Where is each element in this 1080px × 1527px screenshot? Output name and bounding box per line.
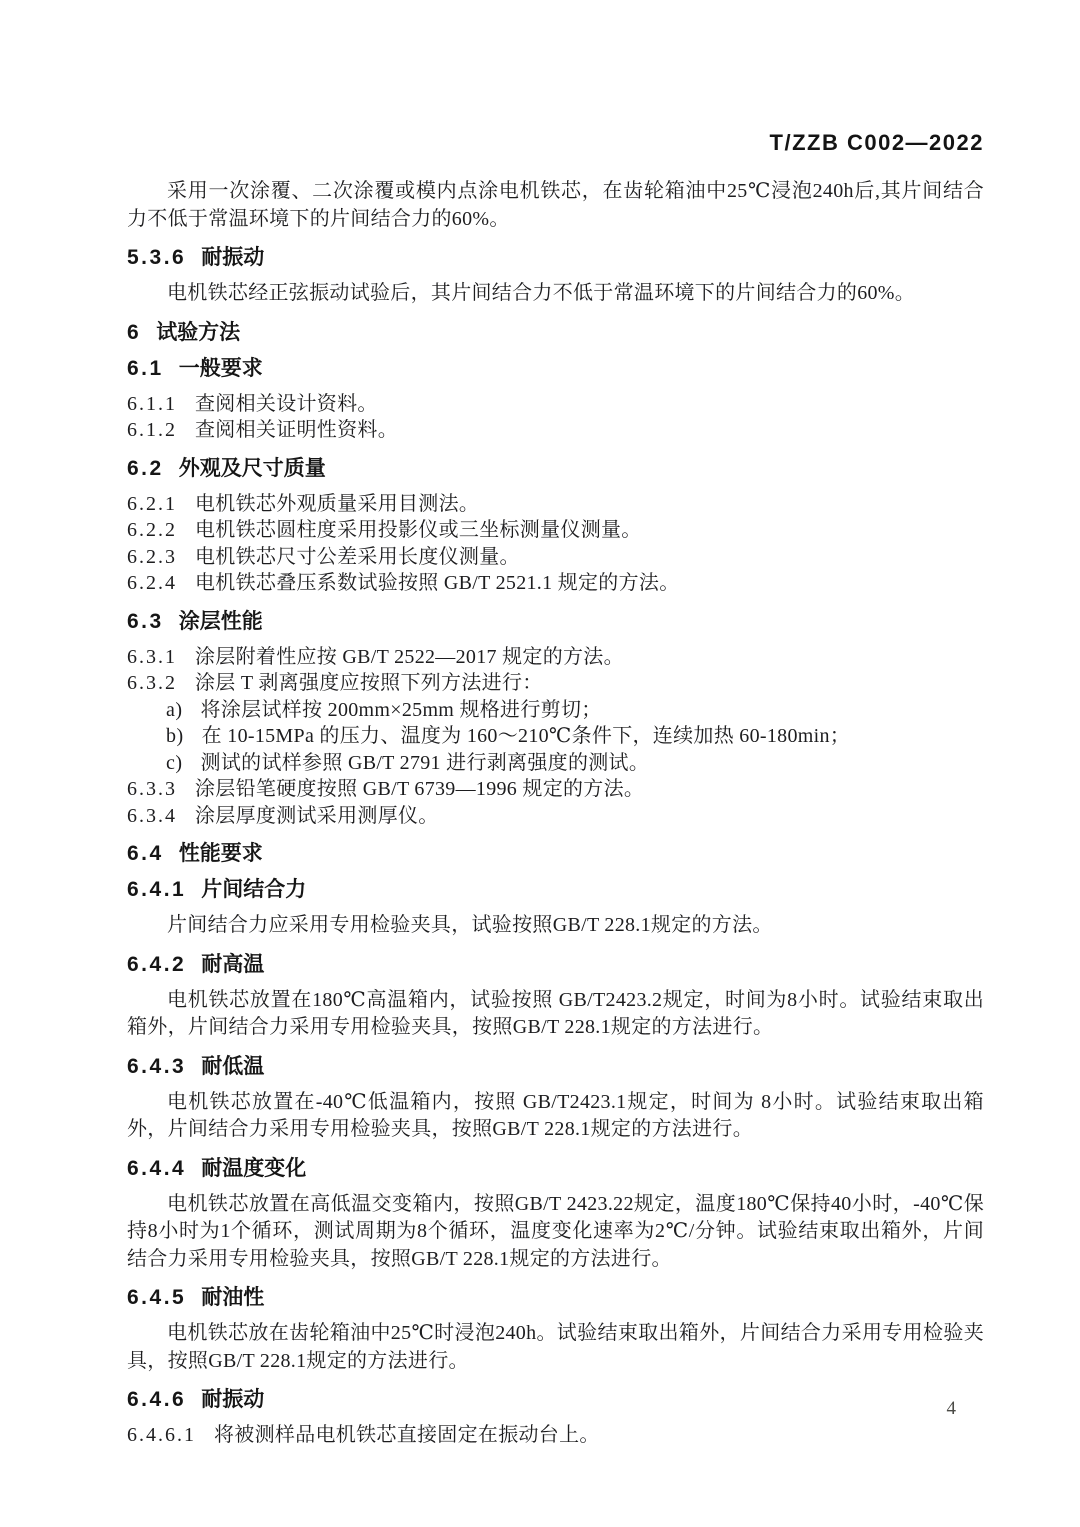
section-heading: 6.1一般要求 xyxy=(127,357,984,380)
paragraph: 片间结合力应采用专用检验夹具，试验按照GB/T 228.1规定的方法。 xyxy=(127,912,984,940)
standard-number: T/ZZB C002—2022 xyxy=(770,130,984,155)
list-item: b)在 10-15MPa 的压力、温度为 160～210℃条件下，连续加热 60… xyxy=(127,723,984,750)
clause-item: 6.2.3电机铁芯尺寸公差采用长度仪测量。 xyxy=(127,544,984,571)
section-title: 耐温度变化 xyxy=(201,1157,306,1180)
section-heading: 6.4性能要求 xyxy=(127,842,984,865)
clause-number: 6.3.4 xyxy=(127,803,177,830)
clause-item: 6.3.1涂层附着性应按 GB/T 2522—2017 规定的方法。 xyxy=(127,644,984,671)
section-number: 6.1 xyxy=(127,357,164,380)
section-title: 外观及尺寸质量 xyxy=(179,457,326,480)
clause-text: 涂层附着性应按 GB/T 2522—2017 规定的方法。 xyxy=(195,644,624,671)
section-number: 6.4.1 xyxy=(127,878,186,901)
paragraph: 电机铁芯放置在-40℃低温箱内，按照 GB/T2423.1规定，时间为 8小时。… xyxy=(127,1089,984,1144)
clause-number: 6.2.4 xyxy=(127,570,177,597)
clause-number: 6.3.2 xyxy=(127,670,177,697)
clause-item: 6.3.4涂层厚度测试采用测厚仪。 xyxy=(127,803,984,830)
clause-item: 6.3.3涂层铅笔硬度按照 GB/T 6739—1996 规定的方法。 xyxy=(127,776,984,803)
paragraph: 电机铁芯放在齿轮箱油中25℃时浸泡240h。试验结束取出箱外，片间结合力采用专用… xyxy=(127,1320,984,1375)
section-title: 耐高温 xyxy=(201,953,264,976)
clause-item: 6.2.4电机铁芯叠压系数试验按照 GB/T 2521.1 规定的方法。 xyxy=(127,570,984,597)
section-title: 耐振动 xyxy=(201,1388,264,1411)
section-heading: 5.3.6耐振动 xyxy=(127,246,984,269)
section-heading: 6.4.4耐温度变化 xyxy=(127,1157,984,1180)
section-number: 6.4.2 xyxy=(127,953,186,976)
section-title: 耐低温 xyxy=(201,1055,264,1078)
section-number: 6.4 xyxy=(127,842,164,865)
clause-text: 查阅相关设计资料。 xyxy=(195,391,378,418)
section-heading: 6.4.5耐油性 xyxy=(127,1286,984,1309)
list-text: 将涂层试样按 200mm×25mm 规格进行剪切； xyxy=(201,697,602,724)
section-number: 6.4.5 xyxy=(127,1286,186,1309)
section-title: 一般要求 xyxy=(179,357,263,380)
clause-number: 6.2.3 xyxy=(127,544,177,571)
document-page: T/ZZB C002—2022 采用一次涂覆、二次涂覆或模内点涂电机铁芯，在齿轮… xyxy=(0,0,1080,1527)
paragraph: 电机铁芯经正弦振动试验后，其片间结合力不低于常温环境下的片间结合力的60%。 xyxy=(127,280,984,308)
clause-number: 6.2.1 xyxy=(127,491,177,518)
clause-number: 6.4.6.1 xyxy=(127,1422,196,1449)
clause-item: 6.4.6.1将被测样品电机铁芯直接固定在振动台上。 xyxy=(127,1422,984,1449)
paragraph: 采用一次涂覆、二次涂覆或模内点涂电机铁芯，在齿轮箱油中25℃浸泡240h后,其片… xyxy=(127,178,984,233)
clause-text: 电机铁芯尺寸公差采用长度仪测量。 xyxy=(195,544,520,571)
clause-number: 6.3.1 xyxy=(127,644,177,671)
clause-text: 查阅相关证明性资料。 xyxy=(195,417,398,444)
section-heading: 6.4.3耐低温 xyxy=(127,1055,984,1078)
section-title: 试验方法 xyxy=(156,321,240,344)
clause-item: 6.2.1电机铁芯外观质量采用目测法。 xyxy=(127,491,984,518)
section-heading: 6.3涂层性能 xyxy=(127,610,984,633)
clause-number: 6.3.3 xyxy=(127,776,177,803)
clause-item: 6.2.2电机铁芯圆柱度采用投影仪或三坐标测量仪测量。 xyxy=(127,517,984,544)
section-number: 6.2 xyxy=(127,457,164,480)
list-marker: c) xyxy=(166,750,183,777)
paragraph: 电机铁芯放置在180℃高温箱内，试验按照 GB/T2423.2规定，时间为8小时… xyxy=(127,987,984,1042)
section-number: 6.4.3 xyxy=(127,1055,186,1078)
clause-item: 6.1.2查阅相关证明性资料。 xyxy=(127,417,984,444)
list-item: a)将涂层试样按 200mm×25mm 规格进行剪切； xyxy=(127,697,984,724)
clause-number: 6.1.1 xyxy=(127,391,177,418)
clause-text: 涂层铅笔硬度按照 GB/T 6739—1996 规定的方法。 xyxy=(195,776,644,803)
clause-text: 电机铁芯叠压系数试验按照 GB/T 2521.1 规定的方法。 xyxy=(195,570,680,597)
clause-number: 6.2.2 xyxy=(127,517,177,544)
clause-number: 6.1.2 xyxy=(127,417,177,444)
paragraph: 电机铁芯放置在高低温交变箱内，按照GB/T 2423.22规定，温度180℃保持… xyxy=(127,1191,984,1274)
list-text: 在 10-15MPa 的压力、温度为 160～210℃条件下，连续加热 60-1… xyxy=(202,723,850,750)
clause-item: 6.1.1查阅相关设计资料。 xyxy=(127,391,984,418)
page-number: 4 xyxy=(947,1398,957,1420)
section-heading: 6试验方法 xyxy=(127,321,984,344)
clause-item: 6.3.2涂层 T 剥离强度应按照下列方法进行： xyxy=(127,670,984,697)
list-item: c)测试的试样参照 GB/T 2791 进行剥离强度的测试。 xyxy=(127,750,984,777)
page-header: T/ZZB C002—2022 xyxy=(127,131,984,158)
clause-text: 电机铁芯圆柱度采用投影仪或三坐标测量仪测量。 xyxy=(195,517,642,544)
section-number: 6.4.4 xyxy=(127,1157,186,1180)
section-number: 5.3.6 xyxy=(127,246,186,269)
section-title: 涂层性能 xyxy=(179,610,263,633)
section-number: 6.4.6 xyxy=(127,1388,186,1411)
section-title: 耐油性 xyxy=(201,1286,264,1309)
section-number: 6 xyxy=(127,321,141,344)
section-title: 耐振动 xyxy=(201,246,264,269)
list-marker: b) xyxy=(166,723,184,750)
section-title: 性能要求 xyxy=(179,842,263,865)
section-number: 6.3 xyxy=(127,610,164,633)
document-body: 采用一次涂覆、二次涂覆或模内点涂电机铁芯，在齿轮箱油中25℃浸泡240h后,其片… xyxy=(127,178,984,1449)
clause-text: 涂层厚度测试采用测厚仪。 xyxy=(195,803,439,830)
clause-text: 将被测样品电机铁芯直接固定在振动台上。 xyxy=(214,1422,600,1449)
section-heading: 6.4.1片间结合力 xyxy=(127,878,984,901)
list-marker: a) xyxy=(166,697,183,724)
section-heading: 6.4.6耐振动 xyxy=(127,1388,984,1411)
section-title: 片间结合力 xyxy=(201,878,306,901)
clause-text: 涂层 T 剥离强度应按照下列方法进行： xyxy=(195,670,543,697)
section-heading: 6.2外观及尺寸质量 xyxy=(127,457,984,480)
section-heading: 6.4.2耐高温 xyxy=(127,953,984,976)
clause-text: 电机铁芯外观质量采用目测法。 xyxy=(195,491,479,518)
list-text: 测试的试样参照 GB/T 2791 进行剥离强度的测试。 xyxy=(201,750,650,777)
